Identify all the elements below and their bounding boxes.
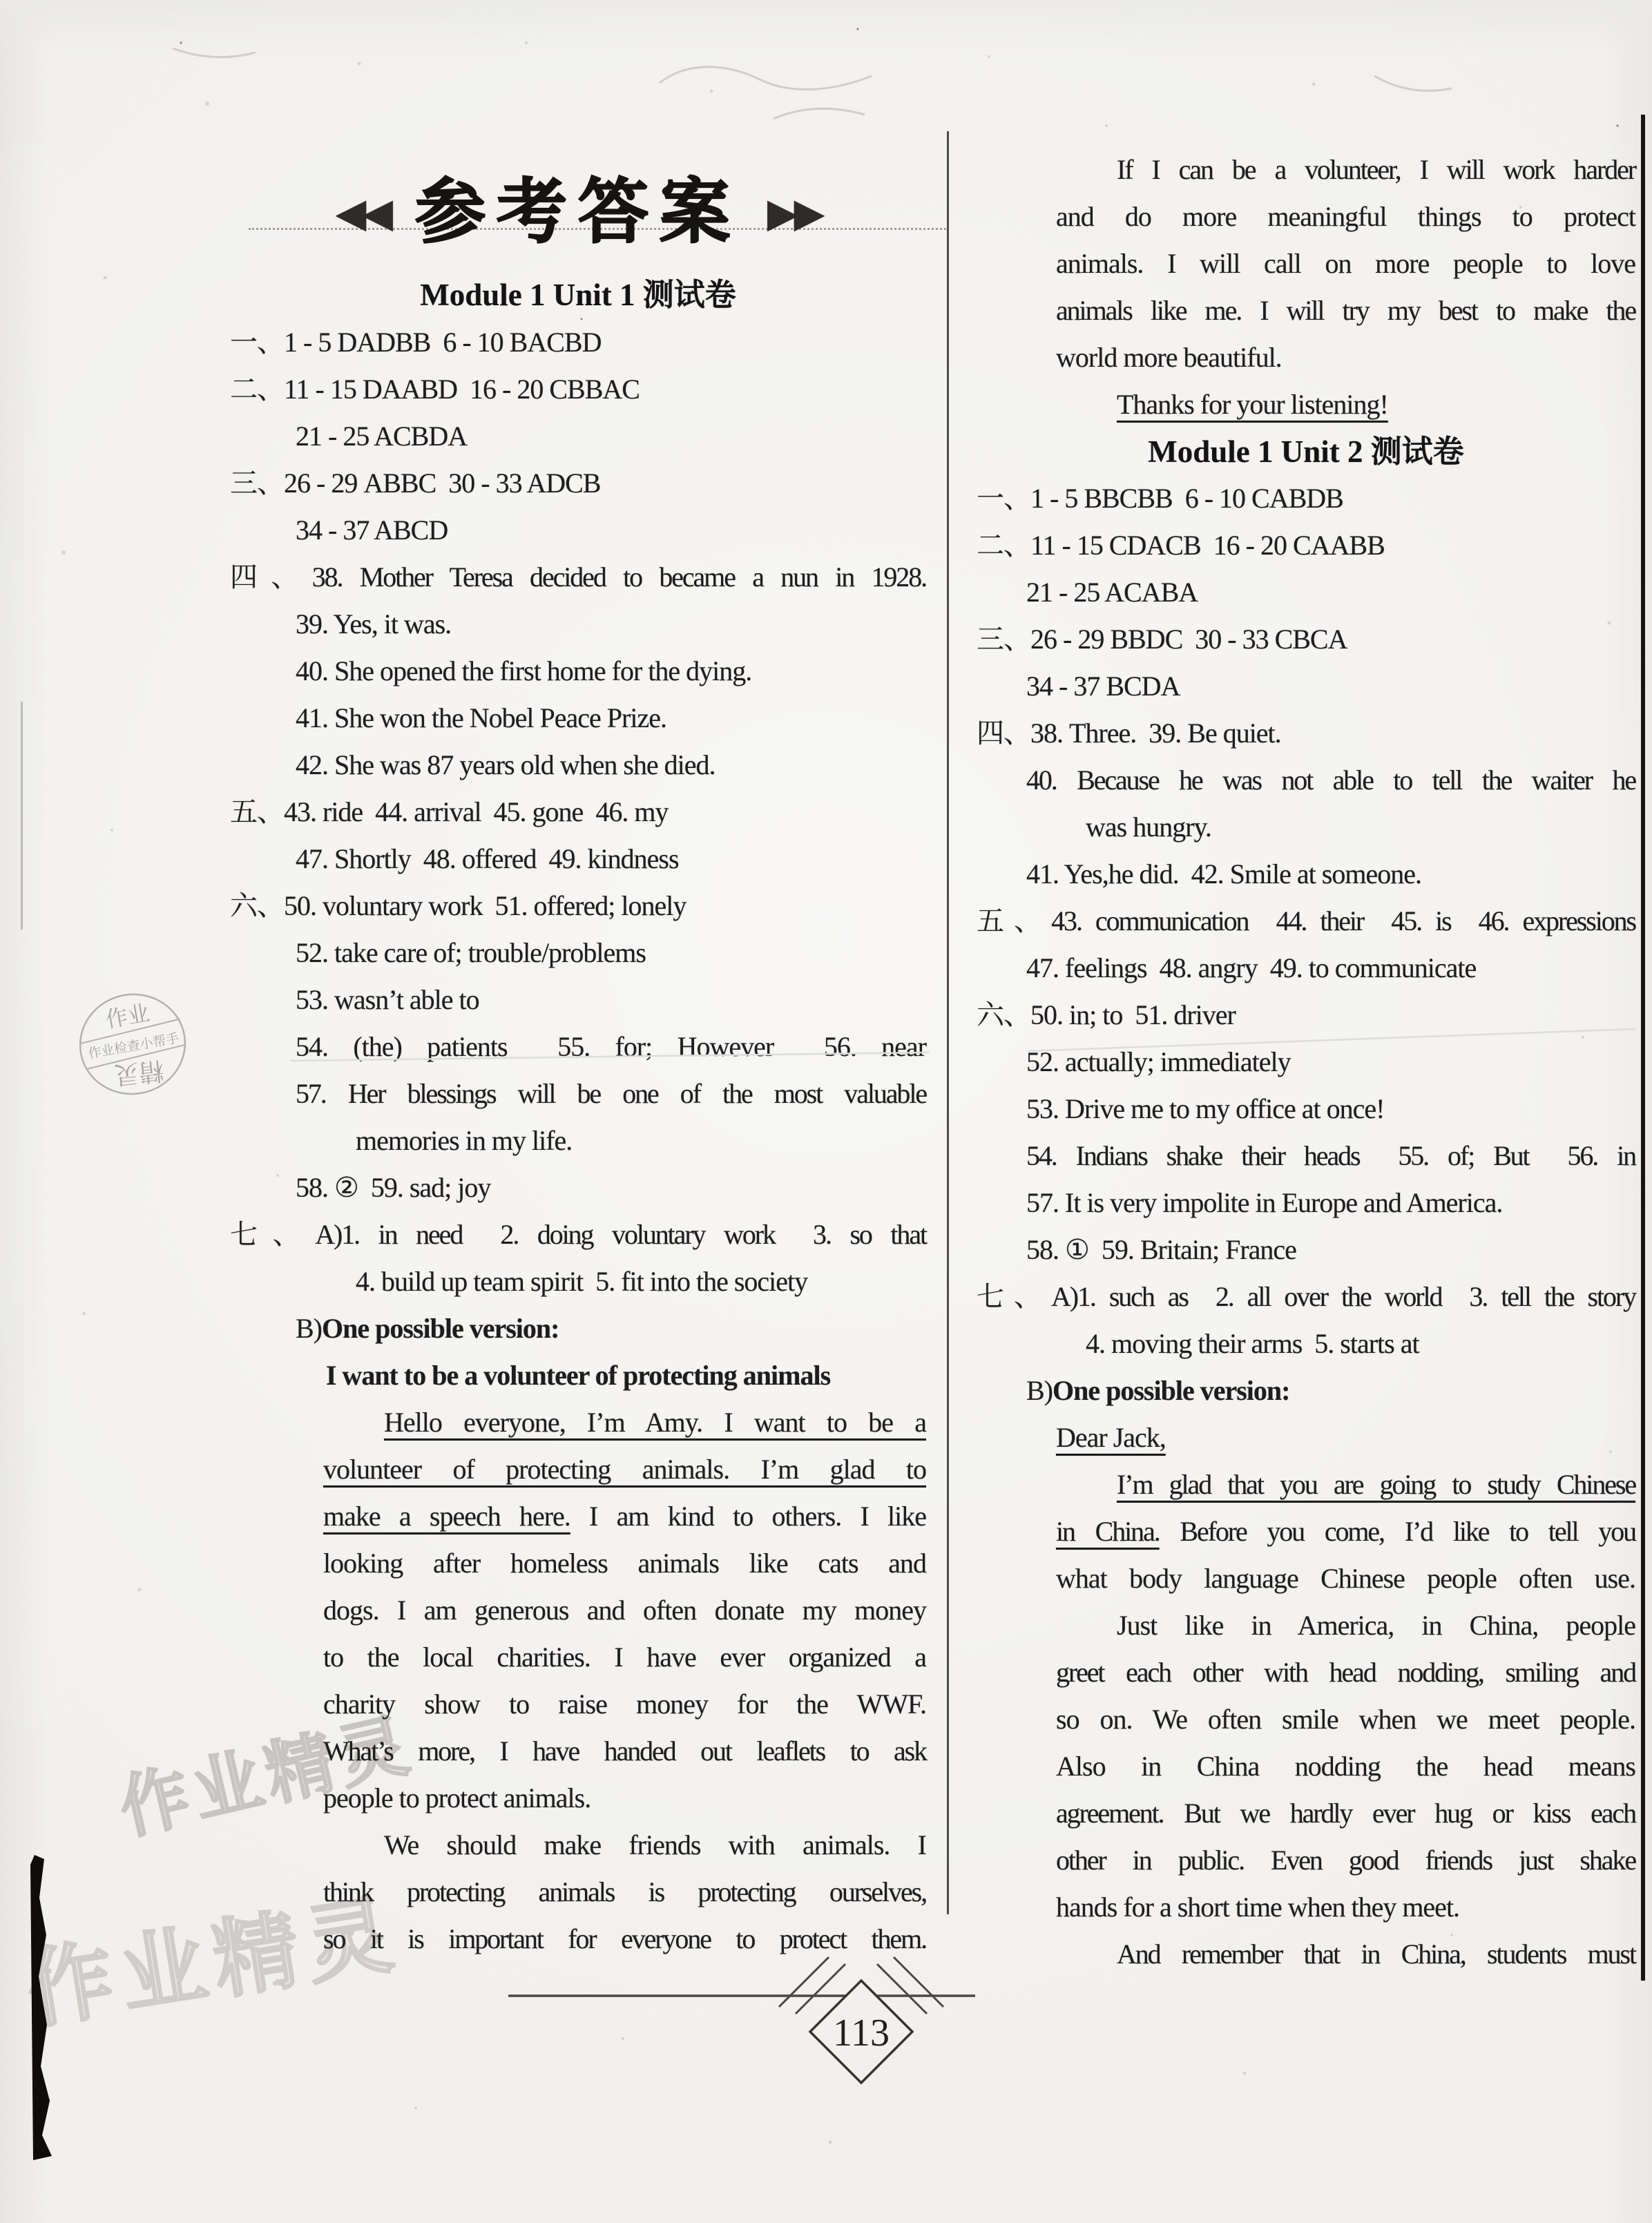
- essay-line: dogs. I am generous and often donate my …: [230, 1587, 926, 1634]
- answer-line: 五、43. ride 44. arrival 45. gone 46. my: [230, 789, 926, 836]
- column-divider: [947, 131, 949, 1914]
- essay-line: in China. Before you come, I’d like to t…: [977, 1508, 1635, 1555]
- underlined-segment: in China.: [1056, 1516, 1160, 1547]
- answer-line: 七、A)1. in need 2. doing voluntary work 3…: [230, 1211, 926, 1258]
- essay-line: agreement. But we hardly ever hug or kis…: [977, 1790, 1635, 1837]
- page-title: 参考答案: [415, 177, 741, 248]
- answer-line: 4. moving their arms 5. starts at: [977, 1320, 1635, 1367]
- stamp-watermark: 作业 作业检查小帮手 精灵: [73, 986, 193, 1102]
- answer-line: 47. Shortly 48. offered 49. kindness: [230, 836, 926, 883]
- left-column: 一、1 - 5 DADBB 6 - 10 BACBD 二、11 - 15 DAA…: [230, 319, 926, 1963]
- answer-line: 21 - 25 ACBDA: [230, 413, 926, 460]
- essay-line: If I can be a volunteer, I will work har…: [977, 146, 1635, 193]
- answer-line: 四、38. Three. 39. Be quiet.: [977, 710, 1635, 757]
- essay-line: charity show to raise money for the WWF.: [230, 1681, 926, 1728]
- essay-line: hands for a short time when they meet.: [977, 1884, 1635, 1931]
- answer-line: 53. wasn’t able to: [230, 976, 926, 1023]
- answer-line: 53. Drive me to my office at once!: [977, 1086, 1635, 1133]
- answer-line: 57. Her blessings will be one of the mos…: [230, 1070, 926, 1117]
- answer-line: 52. actually; immediately: [977, 1039, 1635, 1086]
- answer-line: 34 - 37 BCDA: [977, 663, 1635, 710]
- bold-label: One possible version:: [322, 1313, 559, 1344]
- left-arrows-icon: ◀◀: [336, 193, 389, 233]
- answer-line: 58. ① 59. Britain; France: [977, 1226, 1635, 1273]
- text-segment: Before you come, I’d like to tell you: [1160, 1516, 1635, 1547]
- section-header-unit1: Module 1 Unit 1 测试卷: [230, 269, 926, 314]
- essay-line: other in public. Even good friends just …: [977, 1837, 1635, 1884]
- essay-title: I want to be a volunteer of protecting a…: [230, 1352, 926, 1399]
- pencil-scribbles: [173, 48, 1452, 119]
- answer-line: 42. She was 87 years old when she died.: [230, 742, 926, 789]
- essay-line: to the local charities. I have ever orga…: [230, 1634, 926, 1681]
- stamp-bottom-text: 精灵: [113, 1055, 165, 1088]
- essay-line: animals. I will call on more people to l…: [977, 240, 1635, 287]
- stamp-band-text: 作业检查小帮手: [87, 1030, 180, 1061]
- answer-line: 21 - 25 ACABA: [977, 569, 1635, 616]
- answer-line: 二、11 - 15 CDACB 16 - 20 CAABB: [977, 522, 1635, 569]
- answer-line: 52. take care of; trouble/problems: [230, 930, 926, 976]
- page-number-diamond: [810, 1981, 912, 2083]
- answer-line: 四、38. Mother Teresa decided to became a …: [230, 554, 926, 601]
- title-banner: ◀◀ 参考答案 ▶▶: [230, 157, 926, 268]
- scan-edge-line: [1641, 115, 1645, 1981]
- essay-line: What’s more, I have handed out leaflets …: [230, 1728, 926, 1775]
- essay-line: Hello everyone, I’m Amy. I want to be a: [230, 1399, 926, 1446]
- answer-line: B)One possible version:: [230, 1305, 926, 1352]
- answer-line: 六、50. voluntary work 51. offered; lonely: [230, 883, 926, 930]
- answer-line: 40. Because he was not able to tell the …: [977, 757, 1635, 804]
- answer-line: 54. Indians shake their heads 55. of; Bu…: [977, 1133, 1635, 1180]
- answer-line: 五、43. communication 44. their 45. is 46.…: [977, 898, 1635, 945]
- essay-line: so on. We often smile when we meet peopl…: [977, 1696, 1635, 1743]
- answer-line: 54. (the) patients 55. for; However 56. …: [230, 1023, 926, 1070]
- essay-line: think protecting animals is protecting o…: [230, 1869, 926, 1916]
- essay-line: what body language Chinese people often …: [977, 1555, 1635, 1602]
- underlined-segment: make a speech here.: [323, 1501, 570, 1532]
- answer-line: 三、26 - 29 BBDC 30 - 33 CBCA: [977, 616, 1635, 663]
- essay-line: so it is important for everyone to prote…: [230, 1916, 926, 1963]
- essay-line: Dear Jack,: [977, 1414, 1635, 1461]
- essay-line: We should make friends with animals. I: [230, 1822, 926, 1869]
- scan-edge-mark: [21, 702, 23, 930]
- text-segment: I am kind to others. I like: [570, 1501, 926, 1532]
- answer-line: 47. feelings 48. angry 49. to communicat…: [977, 945, 1635, 992]
- essay-line: volunteer of protecting animals. I’m gla…: [230, 1446, 926, 1493]
- answer-line: 57. It is very impolite in Europe and Am…: [977, 1180, 1635, 1226]
- answer-line: memories in my life.: [230, 1117, 926, 1164]
- answer-line: 一、1 - 5 BBCBB 6 - 10 CABDB: [977, 475, 1635, 522]
- stamp-top-text: 作业: [104, 999, 152, 1033]
- section-header-unit2: Module 1 Unit 2 测试卷: [977, 428, 1635, 475]
- page-number: 113: [833, 2012, 890, 2054]
- answer-line: 58. ② 59. sad; joy: [230, 1164, 926, 1211]
- essay-line: world more beautiful.: [977, 334, 1635, 381]
- essay-line: make a speech here. I am kind to others.…: [230, 1493, 926, 1540]
- essay-line: Just like in America, in China, people: [977, 1602, 1635, 1649]
- answer-line: 34 - 37 ABCD: [230, 507, 926, 554]
- scanned-answer-page: 作业精灵 作业精灵 ◀◀ 参考答案 ▶▶ Module 1 Unit 1 测试卷…: [0, 0, 1652, 2223]
- essay-line: looking after homeless animals like cats…: [230, 1540, 926, 1587]
- answer-line: 二、11 - 15 DAABD 16 - 20 CBBAC: [230, 366, 926, 413]
- essay-line: and do more meaningful things to protect: [977, 193, 1635, 240]
- answer-line: 4. build up team spirit 5. fit into the …: [230, 1258, 926, 1305]
- essay-line: animals like me. I will try my best to m…: [977, 287, 1635, 334]
- answer-line: 39. Yes, it was.: [230, 601, 926, 648]
- answer-line: 40. She opened the first home for the dy…: [230, 648, 926, 695]
- answer-line: 三、26 - 29 ABBC 30 - 33 ADCB: [230, 460, 926, 507]
- answer-line: 41. Yes,he did. 42. Smile at someone.: [977, 851, 1635, 898]
- list-label: B): [296, 1313, 322, 1344]
- list-label: B): [1026, 1375, 1053, 1406]
- essay-line: people to protect animals.: [230, 1775, 926, 1822]
- essay-line: And remember that in China, students mus…: [977, 1931, 1635, 1978]
- answer-line: was hungry.: [977, 804, 1635, 851]
- answer-line: 七、A)1. such as 2. all over the world 3. …: [977, 1273, 1635, 1320]
- answer-line: B)One possible version:: [977, 1367, 1635, 1414]
- essay-line: Thanks for your listening!: [977, 381, 1635, 428]
- bold-label: One possible version:: [1053, 1375, 1289, 1406]
- answer-line: 41. She won the Nobel Peace Prize.: [230, 695, 926, 742]
- essay-line: I’m glad that you are going to study Chi…: [977, 1461, 1635, 1508]
- answer-line: 六、50. in; to 51. driver: [977, 992, 1635, 1039]
- right-column: If I can be a volunteer, I will work har…: [977, 146, 1635, 1978]
- essay-line: greet each other with head nodding, smil…: [977, 1649, 1635, 1696]
- right-arrows-icon: ▶▶: [767, 193, 820, 233]
- answer-line: 一、1 - 5 DADBB 6 - 10 BACBD: [230, 319, 926, 366]
- essay-line: Also in China nodding the head means: [977, 1743, 1635, 1790]
- page-number-ornament: 113: [508, 1957, 975, 2083]
